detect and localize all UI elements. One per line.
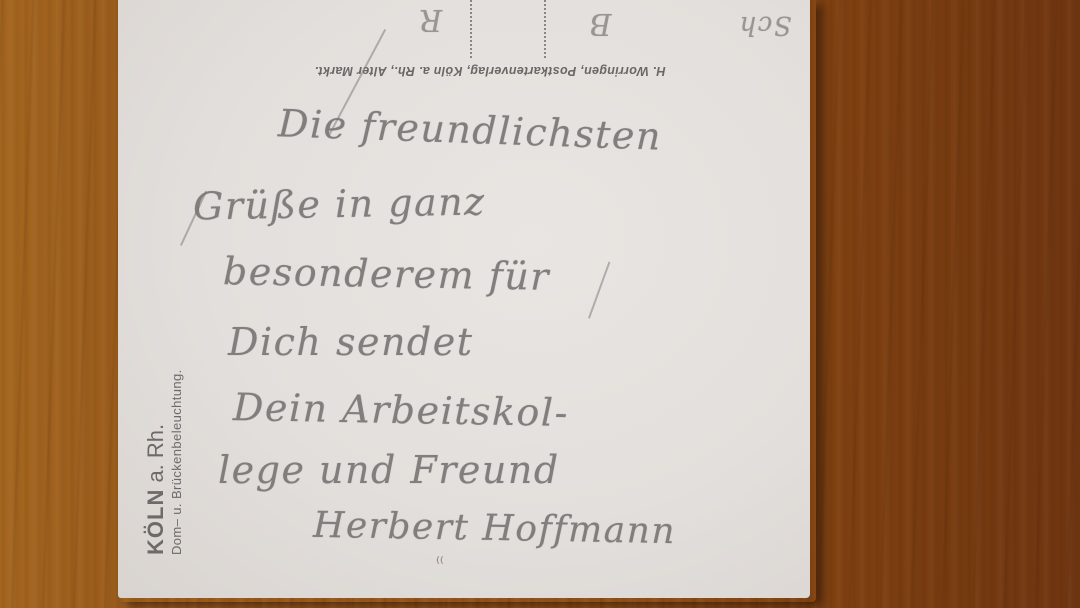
message-line: Die freundlichsten [277,101,662,158]
postcard-back: R B Sch H. Worringen, Postkartenverlag, … [118,0,810,598]
postcard-caption: KÖLN a. Rh. Dom– u. Brückenbeleuchtung. [144,369,186,555]
paper-blemish: ⁽⁽ [436,553,444,573]
handwriting-fragment: R [418,2,442,37]
caption-subtitle: Dom– u. Brückenbeleuchtung. [168,369,186,555]
message-line: Grüße in ganz [193,179,486,228]
message-line: Dich sendet [228,320,474,364]
address-divider-dotted-line [544,0,546,58]
handwriting-fragment: Sch [738,10,792,40]
message-line: besonderem für [223,249,551,299]
caption-title: KÖLN a. Rh. [144,369,168,555]
message-signature: Herbert Hoffmann [313,505,677,552]
handwriting-fragment: B [588,6,612,41]
caption-city-suffix: a. Rh. [143,424,168,489]
pencil-stroke [588,262,610,319]
address-divider-dotted-line [470,0,472,58]
message-line: Dein Arbeitskol- [233,385,570,435]
message-line: lege und Freund [218,448,560,492]
caption-city: KÖLN [143,489,168,555]
publisher-imprint: H. Worringen, Postkartenverlag, Köln a. … [210,64,770,78]
